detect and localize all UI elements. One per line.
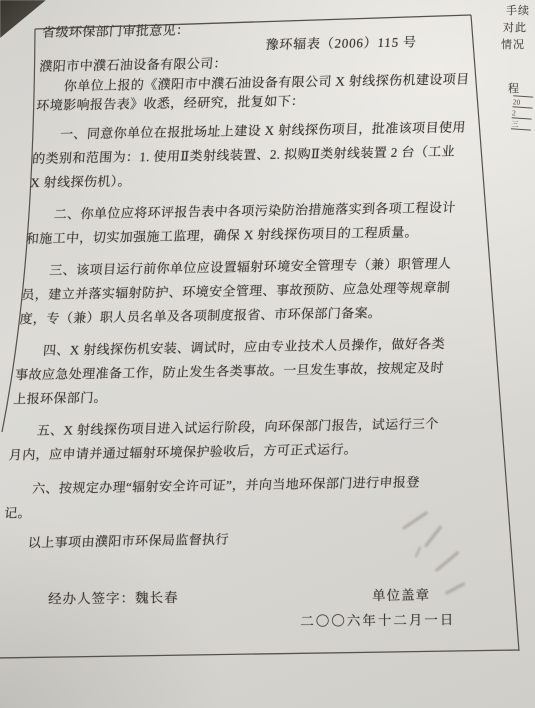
signature-block: 经办人签字：魏长春 单位盖章 二〇〇六年十二月一日 bbox=[0, 582, 535, 658]
edge-table-fragment: 20 2 三 bbox=[511, 95, 535, 132]
unit-stamp-label: 单位盖章 bbox=[372, 583, 430, 604]
approval-item-3: 三、该项目运行前你单位应设置辐射环境安全管理专（兼）职管理人员，建立并落实辐射防… bbox=[19, 252, 459, 332]
approval-date: 二〇〇六年十二月一日 bbox=[300, 608, 455, 630]
approval-item-1: 一、同意你单位在报批场址上建设 X 射线探伤项目，批准该项目使用的类别和范围为：… bbox=[29, 115, 469, 195]
approval-text-area: 省级环保部门审批意见： 豫环辐表（2006）115 号 濮阳市中濮石油设备有限公… bbox=[0, 14, 485, 556]
edge-fragment-4: 程 bbox=[508, 80, 520, 96]
approval-item-4: 四、X 射线探伤机安装、调试时，应由专业技术人员操作，做好各类事故应急处理准备工… bbox=[12, 332, 452, 412]
handler-name: 魏长春 bbox=[135, 590, 179, 605]
edge-fragment-1: 手续 bbox=[506, 2, 530, 18]
approval-item-6: 六、按规定办理“辐射安全许可证”，并向当地环保部门进行申报登记。 bbox=[3, 470, 441, 526]
handler-signature: 经办人签字：魏长春 bbox=[48, 586, 179, 607]
edge-fragment-3: 情况 bbox=[501, 36, 525, 52]
adjacent-page-edge: 手续 对此 情况 程 20 2 三 bbox=[495, 0, 535, 200]
edge-fragment-2: 对此 bbox=[503, 19, 527, 35]
handler-label: 经办人签字： bbox=[48, 591, 135, 607]
approval-item-2: 二、你单位应将环评报告表中各项污染防治措施落实到各项工程设计和施工中，切实加强施… bbox=[25, 196, 463, 252]
photographed-approval-document: { "form": { "section_label": "省级环保部门审批意见… bbox=[0, 0, 535, 708]
intro-paragraph: 你单位上报的《濮阳市中濮石油设备有限公司 X 射线探伤机建设项目环境影响报告表》… bbox=[36, 69, 473, 115]
approval-item-5: 五、X 射线探伤项目进入试运行阶段，向环保部门报告，试运行三个月内，应申请并通过… bbox=[8, 412, 446, 468]
